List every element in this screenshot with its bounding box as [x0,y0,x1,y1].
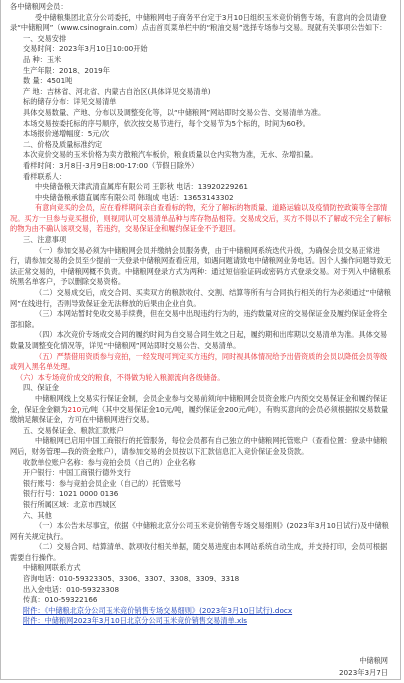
section-4-title: 四、保证金 [10,383,393,394]
fax: 传真：010-59322166 [10,595,393,606]
buyer-warning: 有意向竞买的会员，应在看样期间亲自查看标的物，充分了解标的物质量、道路运输以及疫… [10,203,393,235]
section-5-title: 五、交易保证金、粮款汇款账户 [10,426,393,437]
signature: 中储粮网 2023年3月7日 [339,655,388,679]
sample-contact: 中央储备粮承德直属库有限公司 韩瑞成 电话：13653143302 [10,193,393,204]
sample-time: 看样时间：3月8日-3月9日8:00-17:00（节假日除外） [10,161,393,172]
notice-item: （三）本网站暂时免收交易手续费，但在交易中出现违约行为的，违约数量对应的交易保证… [10,309,393,330]
signature-org: 中储粮网 [339,655,388,667]
notice-item: （一）参加交易必须为中储粮网会员并缴纳会员服务费，由于中储粮网系统迭代升级，为确… [10,246,393,288]
account-number: 银行账号：参与竞拍会员企业（自己的）托管账号 [10,479,393,490]
account-paragraph: 中储粮网已启用中国工商银行的托管服务，每位会员都有自己独立的中储粮网托管账户（查… [10,436,393,457]
funds-phone: 出入金电话：010-59323308 [10,585,393,596]
section-2-title: 二、价格及质量标准约定 [10,140,393,151]
price-increment: 本场报价递增幅度：5元/次 [10,129,393,140]
origin: 产 地：吉林省、河北省、内蒙古自治区(具体详见交易清单) [10,87,393,98]
notice-item-red: （六）本专场竞价成交的粮食，不得做为轮入粮源流向各级储备。 [10,373,393,384]
notice-item: （二）交易成交后，成交合同、买卖双方的粮款收付、交割、结算等所有与合同执行相关的… [10,288,393,309]
quantity: 数 量：4501吨 [10,76,393,87]
notice-item-red: （五）严禁借用资质参与竞拍，一经发现可判定买方违约，同时视具体情况给予出借资质的… [10,352,393,373]
consult-phone: 咨询电话：010-59323305、3306、3307、3308、3309、33… [10,574,393,585]
trade-details: 具体交易数量、产地、分布以及调整变化等，以“中储粮网”网站即时交易公告、交易清单… [10,108,393,119]
section-3-title: 三、注意事项 [10,235,393,246]
contact-title: 中储粮网联系方式 [10,563,393,574]
notice-item: （四）本次竞价专场成交合同的履约时间为自交易合同生效之日起，履约期和出库期以交易… [10,330,393,351]
other-item: （一）本公告未尽事宜，依据《中储粮北京分公司玉米竞价销售专场交易细则》(2023… [10,521,393,542]
trade-order: 本场交易按委托标的序号顺序，依次按交易节进行，每个交易节为5个标的，时间为60秒… [10,119,393,130]
intro-paragraph: 受中储粮集团北京分公司委托，中储粮网电子商务平台定于3月10日组织玉米竞价销售专… [10,13,393,34]
sample-contact: 中央储备粮天津武清直属库有限公司 王影秋 电话：13920229261 [10,182,393,193]
salutation: 各中储粮网会员： [10,2,393,13]
section-1-title: 一、交易安排 [10,34,393,45]
production-years: 生产年限：2018、2019年 [10,66,393,77]
deposit-paragraph: 中储粮网线上交易实行保证金制，会员企业参与交易前须向中储粮网会员资金账户内预交交… [10,394,393,426]
bank-name: 开户银行：中国工商银行德外支行 [10,468,393,479]
section-6-title: 六、其他 [10,511,393,522]
trade-time: 交易时间：2023年3月10日10:00开始 [10,44,393,55]
notice-content: 各中储粮网会员： 受中储粮集团北京分公司委托，中储粮网电子商务平台定于3月10日… [10,2,393,627]
other-item: （二）交易合同、结算清单、款项收付相关单据，随交易进度由本网站系统自动生成，并支… [10,542,393,563]
storage-distribution: 标的储存分布：详见交易清单 [10,97,393,108]
attachment-rules-link[interactable]: 附件：《中储粮北京分公司玉米竞价销售专场交易细则》(2023年3月10日试行).… [23,606,292,615]
signature-date: 2023年3月7日 [339,667,388,679]
bank-code: 银行行号：1021 0000 0136 [10,489,393,500]
price-terms: 本次竞价交易的玉米价格为卖方散粮汽车板价，粮食质量以仓内实物为准，无水、杂增扣量… [10,150,393,161]
attachment-list-link[interactable]: 附件：中储粮网2023年3月10日北京分公司玉米竞价销售交易清单.xls [23,616,247,625]
bank-area: 银行所属区域：北京市西城区 [10,500,393,511]
variety: 品 种：玉米 [10,55,393,66]
account-name: 收款单位账户名称：参与竞拍会员（自己的）企业名称 [10,458,393,469]
deposit-amount: 210 [68,405,82,414]
sample-contact-label: 看样联系人： [10,172,393,183]
notice-frame: 各中储粮网会员： 受中储粮集团北京分公司委托，中储粮网电子商务平台定于3月10日… [0,0,401,680]
